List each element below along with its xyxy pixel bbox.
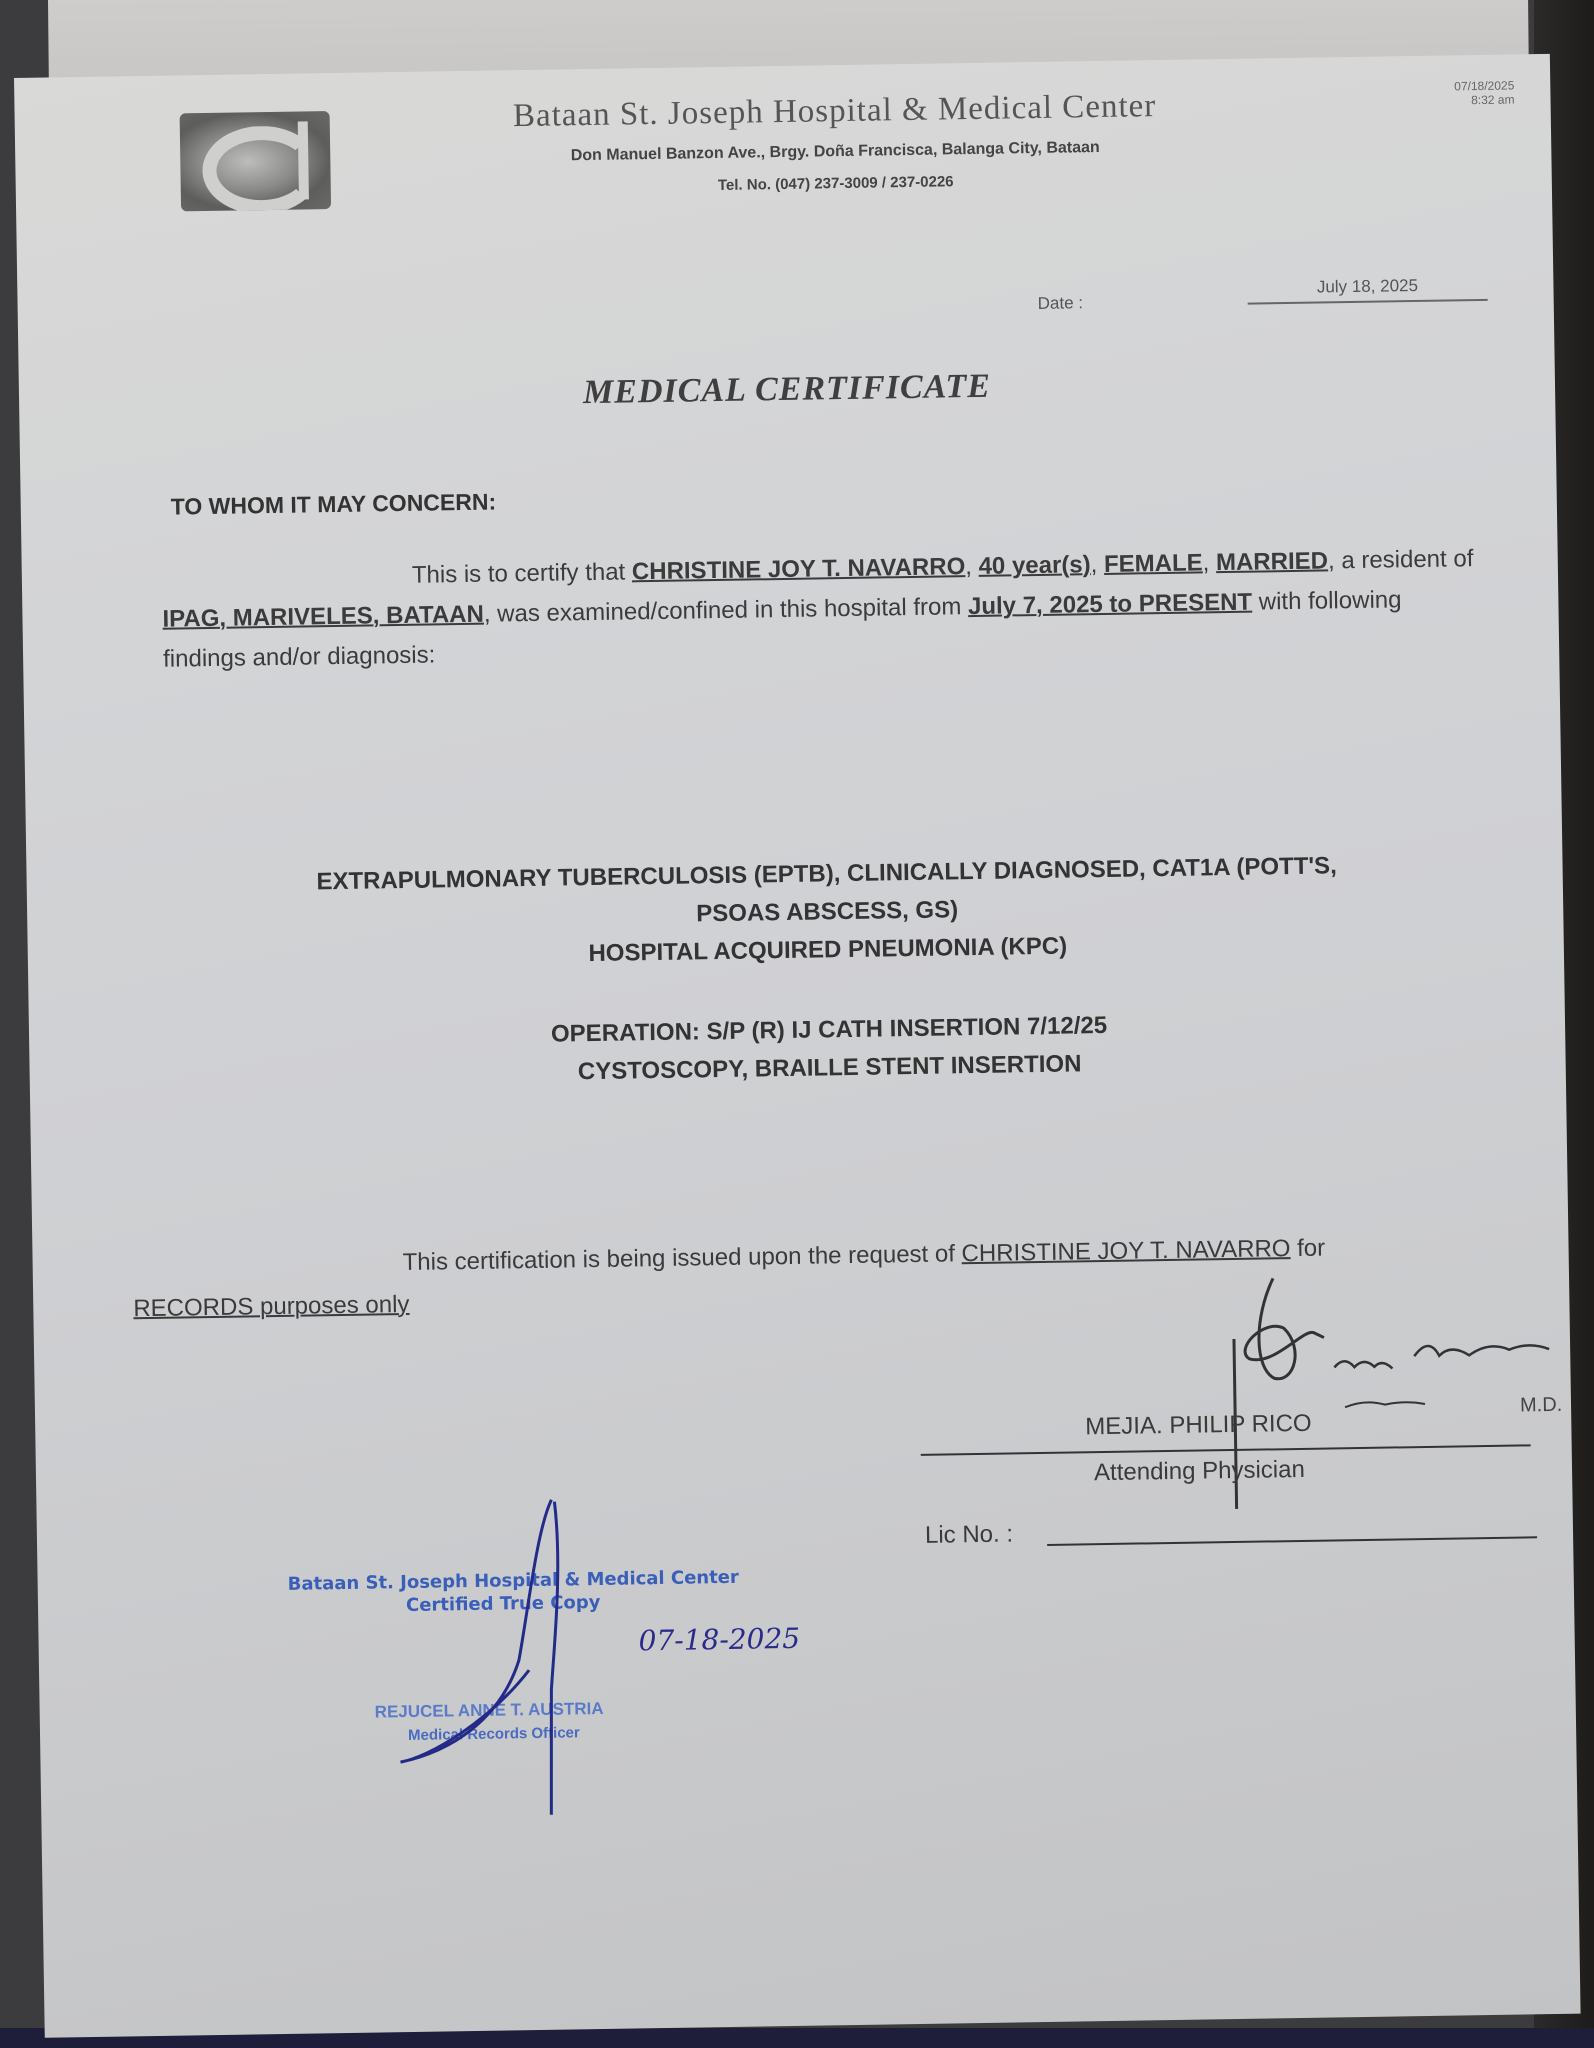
patient-age: 40 year(s) xyxy=(978,551,1090,580)
date-value: July 18, 2025 xyxy=(1247,275,1487,305)
medical-certificate-page: Bataan St. Joseph Hospital & Medical Cen… xyxy=(14,54,1581,2038)
hospital-logo-icon xyxy=(180,111,332,211)
physician-name: MEJIA. PHILIP RICO xyxy=(1085,1410,1312,1442)
confinement-period: July 7, 2025 to PRESENT xyxy=(968,589,1252,620)
date-label: Date : xyxy=(1038,293,1084,314)
hospital-address: Don Manuel Banzon Ave., Brgy. Doña Franc… xyxy=(395,136,1275,168)
request-purpose: RECORDS purposes only xyxy=(133,1291,409,1322)
patient-sex: FEMALE xyxy=(1104,549,1203,578)
certification-paragraph: This is to certify that CHRISTINE JOY T.… xyxy=(162,539,1484,680)
print-timestamp: 07/18/2025 8:32 am xyxy=(1384,78,1514,108)
patient-name: CHRISTINE JOY T. NAVARRO xyxy=(632,553,966,585)
patient-address: IPAG, MARIVELES, BATAAN xyxy=(162,601,484,633)
license-label: Lic No. : xyxy=(925,1520,1013,1549)
hospital-telephone: Tel. No. (047) 237-3009 / 237-0226 xyxy=(396,168,1276,199)
print-time: 8:32 am xyxy=(1384,92,1514,108)
diagnosis-block: EXTRAPULMONARY TUBERCULOSIS (EPTB), CLIN… xyxy=(126,844,1528,980)
records-officer-signature-icon xyxy=(386,1489,611,1822)
operations-block: OPERATION: S/P (R) IJ CATH INSERTION 7/1… xyxy=(129,1000,1530,1098)
physician-suffix: M.D. xyxy=(1520,1394,1563,1418)
salutation: TO WHOM IT MAY CONCERN: xyxy=(171,488,497,520)
hospital-name: Bataan St. Joseph Hospital & Medical Cen… xyxy=(394,86,1274,137)
document-title: MEDICAL CERTIFICATE xyxy=(19,359,1555,421)
license-field xyxy=(1047,1536,1537,1546)
certified-copy-date: 07-18-2025 xyxy=(638,1622,800,1658)
signature-line xyxy=(921,1444,1531,1456)
civil-status: MARRIED xyxy=(1216,547,1328,576)
physician-title: Attending Physician xyxy=(1094,1456,1305,1487)
